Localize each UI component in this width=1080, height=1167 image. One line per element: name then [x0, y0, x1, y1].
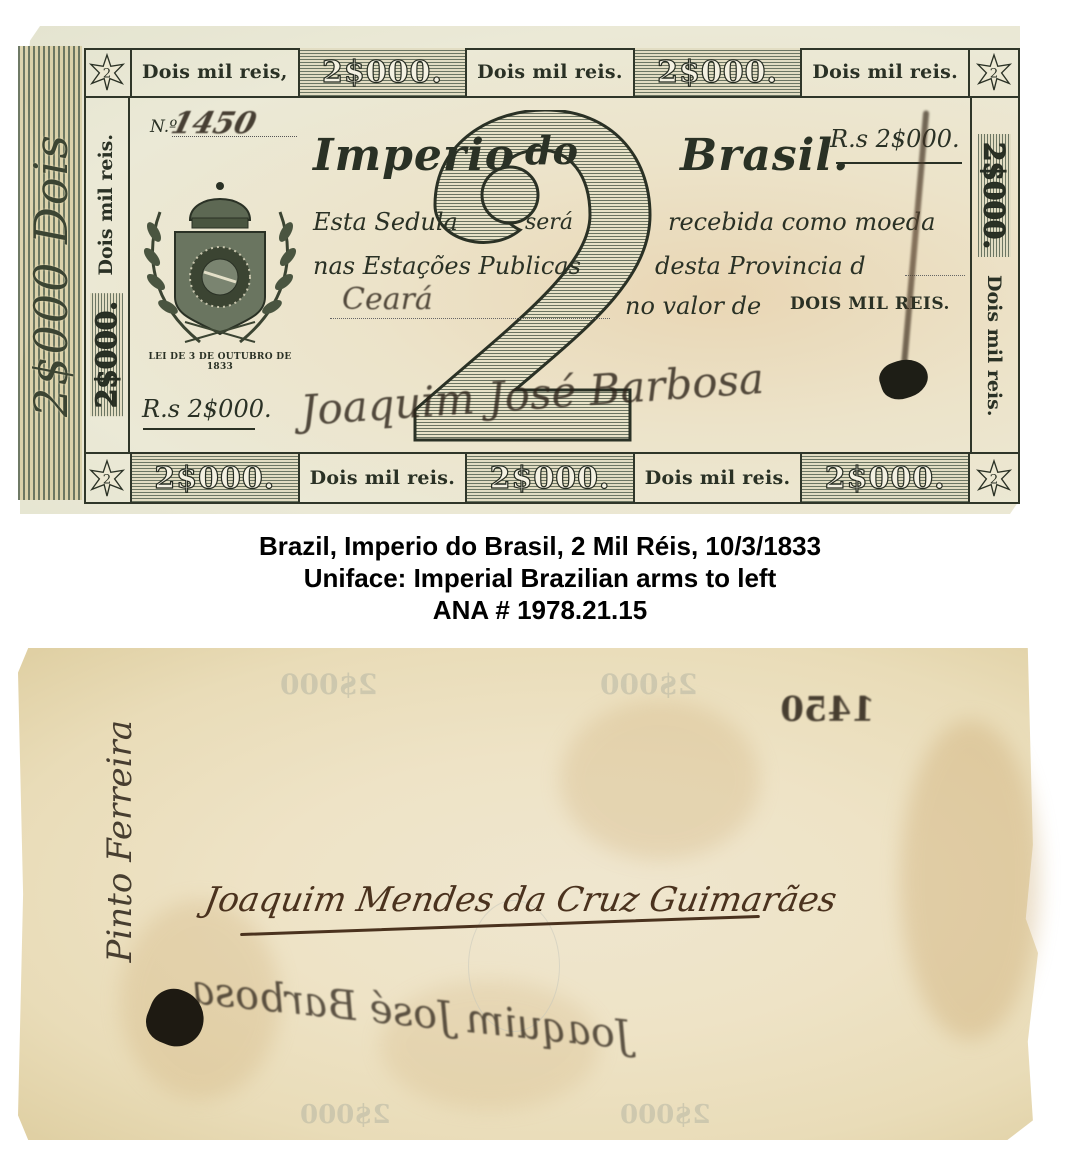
handwritten-province: Ceará [342, 282, 433, 317]
arms-caption: LEI DE 3 DE OUTUBRO DE 1833 [140, 352, 300, 372]
svg-text:2: 2 [103, 67, 111, 82]
star-2-icon: 2 [970, 454, 1018, 502]
top-border-band: 2Dois mil reis,2$000.Dois mil reis.2$000… [84, 48, 1018, 98]
title-brasil: Brasil. [680, 130, 849, 181]
left-panel-script: 2$000 Dois [24, 100, 74, 450]
border-text: Dois mil reis, [132, 48, 300, 96]
value-underline [143, 428, 255, 430]
body-text: será [525, 210, 573, 235]
border-amount: 2$000. [132, 454, 300, 502]
bottom-border-band: 22$000.Dois mil reis.2$000.Dois mil reis… [84, 452, 1018, 502]
show-through-amount: 2$000 [600, 668, 697, 701]
imperial-arms-icon [140, 172, 300, 352]
body-text: recebida como moeda [668, 208, 935, 236]
border-text: Dois mil reis. [802, 48, 970, 96]
body-text: Esta Sedula [313, 208, 458, 236]
serial-number: 1450 [168, 106, 260, 141]
caption-description: Uniface: Imperial Brazilian arms to left [0, 562, 1080, 594]
body-text: nas Estações Publicas [313, 252, 581, 280]
right-side-amount: 2$000. [978, 134, 1011, 257]
star-2-icon: 2 [84, 454, 132, 502]
border-amount: 2$000. [802, 454, 970, 502]
city-dotted-line [330, 318, 610, 319]
right-side-text: Dois mil reis. [983, 275, 1005, 416]
svg-text:2: 2 [103, 473, 111, 488]
show-through-amount: 2$000 [620, 1100, 710, 1130]
star-2-icon: 2 [84, 48, 132, 96]
caption-title: Brazil, Imperio do Brasil, 2 Mil Réis, 1… [0, 530, 1080, 562]
star-icon: 2 [975, 53, 1013, 91]
star-2-icon: 2 [970, 48, 1018, 96]
left-side-text: Dois mil reis. [95, 134, 117, 275]
right-border-band: 2$000. Dois mil reis. [970, 98, 1016, 452]
show-through-amount: 2$000 [300, 1100, 390, 1130]
star-icon: 2 [975, 459, 1013, 497]
border-amount: 2$000. [467, 454, 635, 502]
value-in-words: DOIS MIL REIS. [790, 294, 950, 314]
body-text: no valor de [625, 292, 761, 320]
title-imperio: Imperio [313, 130, 515, 181]
star-icon: 2 [88, 459, 126, 497]
body-text: desta Provincia d [655, 252, 866, 280]
stain [900, 720, 1040, 1040]
value-underline [836, 162, 962, 164]
star-icon: 2 [88, 53, 126, 91]
left-side-amount: 2$000. [90, 293, 123, 416]
left-border-band: Dois mil reis. 2$000. [84, 98, 130, 452]
svg-text:2: 2 [990, 473, 998, 488]
value-top-right: R.s 2$000. [830, 125, 960, 153]
catalog-caption: Brazil, Imperio do Brasil, 2 Mil Réis, 1… [0, 530, 1080, 626]
title-do: do [525, 128, 579, 173]
svg-text:2: 2 [990, 67, 998, 82]
border-amount: 2$000. [635, 48, 803, 96]
show-through-amount: 2$000 [280, 668, 377, 701]
back-endorsement-signature: Joaquim Mendes da Cruz Guimarães [201, 880, 839, 920]
stain [560, 700, 760, 860]
back-serial-show-through: 1450 [776, 690, 879, 730]
caption-catalog-number: ANA # 1978.21.15 [0, 594, 1080, 626]
border-text: Dois mil reis. [300, 454, 468, 502]
value-bottom-left: R.s 2$000. [142, 395, 272, 423]
border-text: Dois mil reis. [467, 48, 635, 96]
border-amount: 2$000. [300, 48, 468, 96]
border-text: Dois mil reis. [635, 454, 803, 502]
back-vertical-signature: Pinto Ferreira [100, 720, 140, 962]
